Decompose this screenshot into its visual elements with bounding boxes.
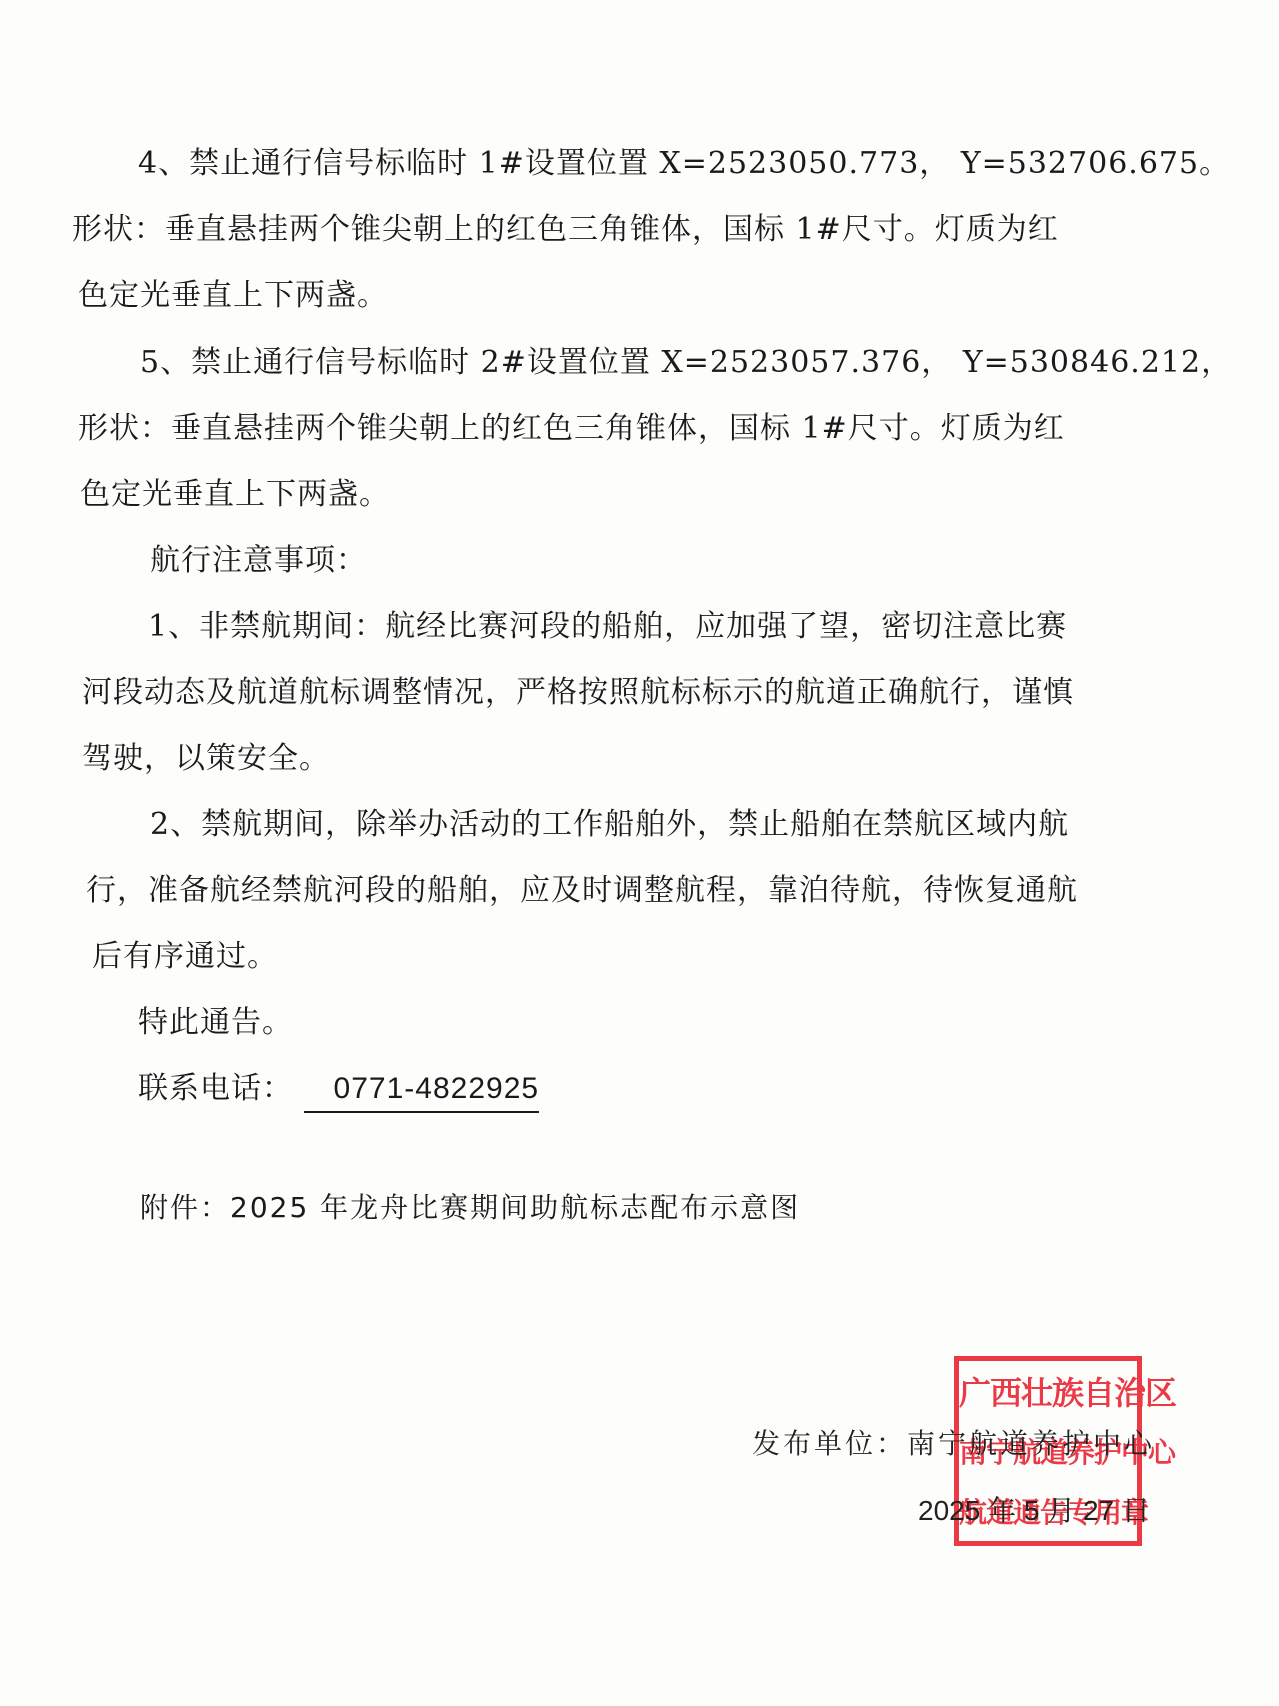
contact-label: 联系电话： <box>138 1071 293 1106</box>
notice-1-line-2: 河段动态及航道航标调整情况，严格按照航标标示的航道正确航行，谨慎 <box>82 673 1074 713</box>
item-4-line-1: 4、禁止通行信号标临时 1#设置位置 X=2523050.773， Y=5327… <box>138 144 1230 184</box>
notice-2-line-3: 后有序通过。 <box>92 937 278 977</box>
item-5-line-1: 5、禁止通行信号标临时 2#设置位置 X=2523057.376， Y=5308… <box>140 343 1232 383</box>
notice-2-line-1: 2、禁航期间，除举办活动的工作船舶外，禁止船舶在禁航区域内航 <box>150 805 1069 845</box>
attachment-text: 附件：2025 年龙舟比赛期间助航标志配布示意图 <box>140 1188 800 1228</box>
notice-heading: 航行注意事项： <box>150 541 367 581</box>
contact-row: 联系电话： 0771-4822925 <box>138 1069 539 1113</box>
notice-1-line-3: 驾驶，以策安全。 <box>82 739 330 779</box>
item-4-line-3: 色定光垂直上下两盏。 <box>78 276 388 316</box>
item-5-line-2: 形状：垂直悬挂两个锥尖朝上的红色三角锥体，国标 1#尺寸。灯质为红 <box>78 409 1065 449</box>
item-5-line-3: 色定光垂直上下两盏。 <box>80 475 390 515</box>
publisher-text: 发布单位：南宁航道养护中心 <box>752 1424 1155 1464</box>
seal-line-1: 广西壮族自治区 <box>959 1363 1137 1423</box>
notice-2-line-2: 行，准备航经禁航河段的船舶，应及时调整航程，靠泊待航，待恢复通航 <box>86 871 1078 911</box>
closing-text: 特此通告。 <box>138 1003 293 1043</box>
notice-1-line-1: 1、非禁航期间：航经比赛河段的船舶，应加强了望，密切注意比赛 <box>148 607 1067 647</box>
publish-date: 2025 年 5 月 27 日 <box>918 1491 1150 1531</box>
contact-phone: 0771-4822925 <box>304 1069 540 1113</box>
item-4-line-2: 形状：垂直悬挂两个锥尖朝上的红色三角锥体，国标 1#尺寸。灯质为红 <box>72 210 1059 250</box>
